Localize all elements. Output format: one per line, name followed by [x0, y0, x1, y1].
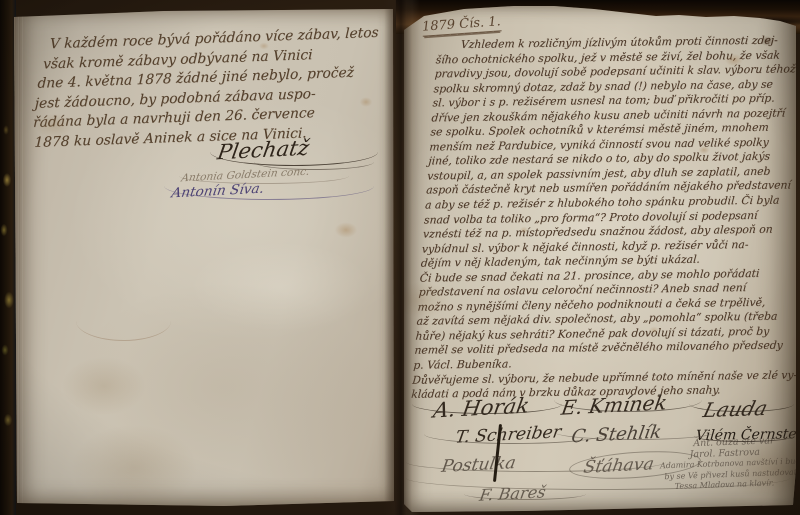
signature-plechat: Plechatž — [216, 136, 311, 165]
book-cover-marbled-edge — [0, 0, 16, 515]
signature-postulka: Postulka — [440, 453, 517, 477]
right-page: 1879 Čís. 1. Vzhledem k rozličným jízliv… — [404, 0, 796, 515]
right-page-paragraph: Vzhledem k rozličným jízlivým útokům pro… — [411, 33, 800, 402]
signature-schreiber: T. Schreiber — [454, 422, 563, 447]
pencil-doodle — [76, 321, 171, 341]
signature-stahava: Šťáhava — [582, 454, 655, 478]
signature-stehlik: C. Stehlík — [570, 422, 663, 448]
left-page: V každém roce bývá pořádáno více zábav, … — [14, 6, 394, 507]
signature-bares: F. Bareš — [478, 482, 547, 504]
signature-kminek: E. Kmínek — [560, 390, 669, 419]
photo-open-manuscript-book: V každém roce bývá pořádáno více zábav, … — [0, 0, 800, 515]
signature-horak: A. Horák — [432, 394, 532, 423]
entry-heading-text: 1879 Čís. 1. — [422, 14, 502, 36]
signature-lauda: Lauda — [701, 396, 770, 422]
left-page-paragraph: V každém roce bývá pořádáno více zábav, … — [32, 24, 372, 154]
pencil-notes: Ant. ouza ste varJarol. FastrovaAdamira … — [659, 436, 795, 493]
